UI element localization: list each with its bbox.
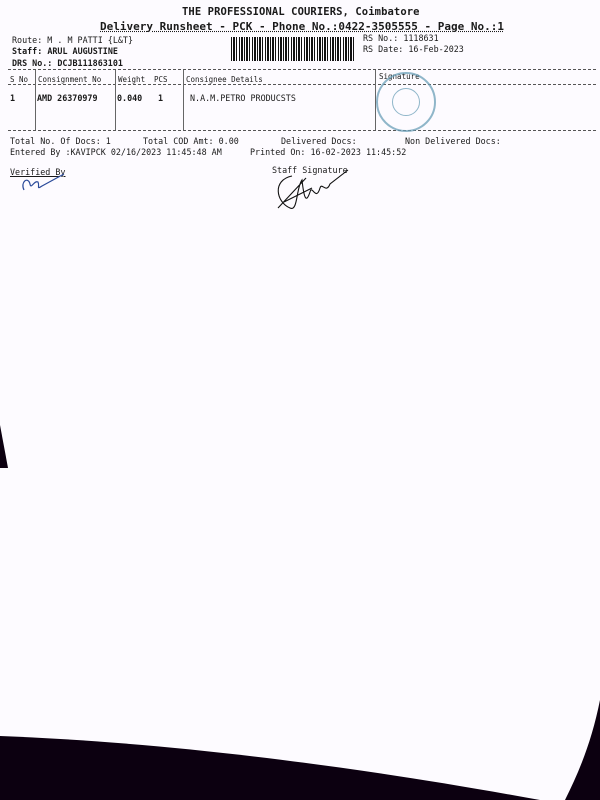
rs-date: RS Date: 16-Feb-2023 bbox=[363, 44, 464, 54]
staff-signature-icon bbox=[272, 168, 352, 214]
cell-consignee: N.A.M.PETRO PRODUCSTS bbox=[190, 93, 296, 103]
col-consignment: Consignment No bbox=[38, 75, 101, 84]
total-cod: Total COD Amt: 0.00 bbox=[143, 136, 239, 146]
staff-line: Staff: ARUL AUGUSTINE bbox=[12, 46, 118, 56]
total-docs: Total No. Of Docs: 1 bbox=[10, 136, 111, 146]
drs-label: DRS No.: bbox=[12, 58, 52, 68]
delivered-docs: Delivered Docs: bbox=[281, 136, 357, 146]
non-delivered-docs: Non Delivered Docs: bbox=[405, 136, 501, 146]
cell-sno: 1 bbox=[10, 93, 15, 103]
col-divider bbox=[35, 70, 36, 130]
staff-name: ARUL AUGUSTINE bbox=[47, 46, 118, 56]
cell-pcs: 1 bbox=[158, 93, 163, 103]
cell-weight: 0.040 bbox=[117, 93, 142, 103]
printed-on: Printed On: 16-02-2023 11:45:52 bbox=[250, 147, 406, 157]
col-divider bbox=[115, 70, 116, 130]
drs-line: DRS No.: DCJB111863101 bbox=[12, 58, 123, 68]
scan-shadow bbox=[0, 0, 600, 800]
col-weight: Weight bbox=[118, 75, 145, 84]
runsheet-title: Delivery Runsheet - PCK - Phone No.:0422… bbox=[100, 20, 504, 33]
drs-number: DCJB111863101 bbox=[57, 58, 123, 68]
table-top-rule bbox=[8, 69, 596, 70]
col-consignee: Consignee Details bbox=[186, 75, 263, 84]
cell-consignment-no: AMD 26370979 bbox=[37, 93, 98, 103]
table-header-rule bbox=[8, 84, 596, 85]
col-sno: S No bbox=[10, 75, 28, 84]
company-stamp bbox=[376, 72, 436, 132]
barcode bbox=[231, 37, 355, 61]
verifier-signature-icon bbox=[18, 172, 68, 196]
col-divider bbox=[183, 70, 184, 130]
stamp-inner-ring bbox=[392, 88, 420, 116]
staff-label: Staff: bbox=[12, 46, 42, 56]
route: Route: M . M PATTI {L&T} bbox=[12, 35, 133, 45]
rs-number: RS No.: 1118631 bbox=[363, 33, 439, 43]
company-title: THE PROFESSIONAL COURIERS, Coimbatore bbox=[182, 6, 420, 18]
entered-by: Entered By :KAVIPCK 02/16/2023 11:45:48 … bbox=[10, 147, 222, 157]
col-pcs: PCS bbox=[154, 75, 168, 84]
table-bottom-rule bbox=[8, 130, 596, 131]
